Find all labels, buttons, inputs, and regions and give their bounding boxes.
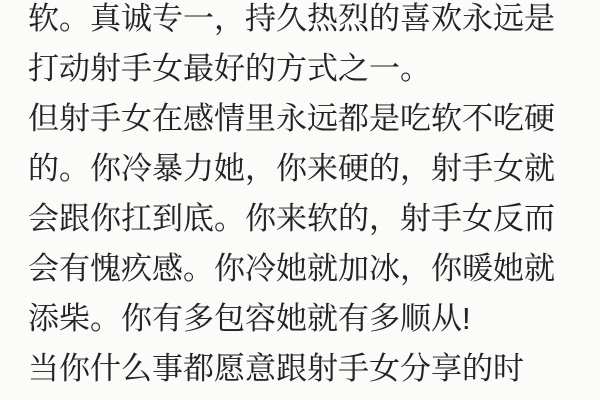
text-line: 添柴。你有多包容她就有多顺从!: [28, 294, 588, 344]
text-line: 软。真诚专一，持久热烈的喜欢永远是: [28, 0, 588, 44]
text-line: 的。你冷暴力她，你来硬的，射手女就: [28, 144, 588, 194]
text-line: 但射手女在感情里永远都是吃软不吃硬: [28, 94, 588, 144]
paragraph-block: 软。真诚专一，持久热烈的喜欢永远是 打动射手女最好的方式之一。 但射手女在感情里…: [28, 0, 588, 394]
text-line: 会跟你扛到底。你来软的，射手女反而: [28, 194, 588, 244]
text-line: 打动射手女最好的方式之一。: [28, 44, 588, 94]
text-line: 当你什么事都愿意跟射手女分享的时: [28, 344, 588, 394]
text-line: 会有愧疚感。你冷她就加冰，你暖她就: [28, 244, 588, 294]
article-text-page: 软。真诚专一，持久热烈的喜欢永远是 打动射手女最好的方式之一。 但射手女在感情里…: [0, 0, 600, 400]
